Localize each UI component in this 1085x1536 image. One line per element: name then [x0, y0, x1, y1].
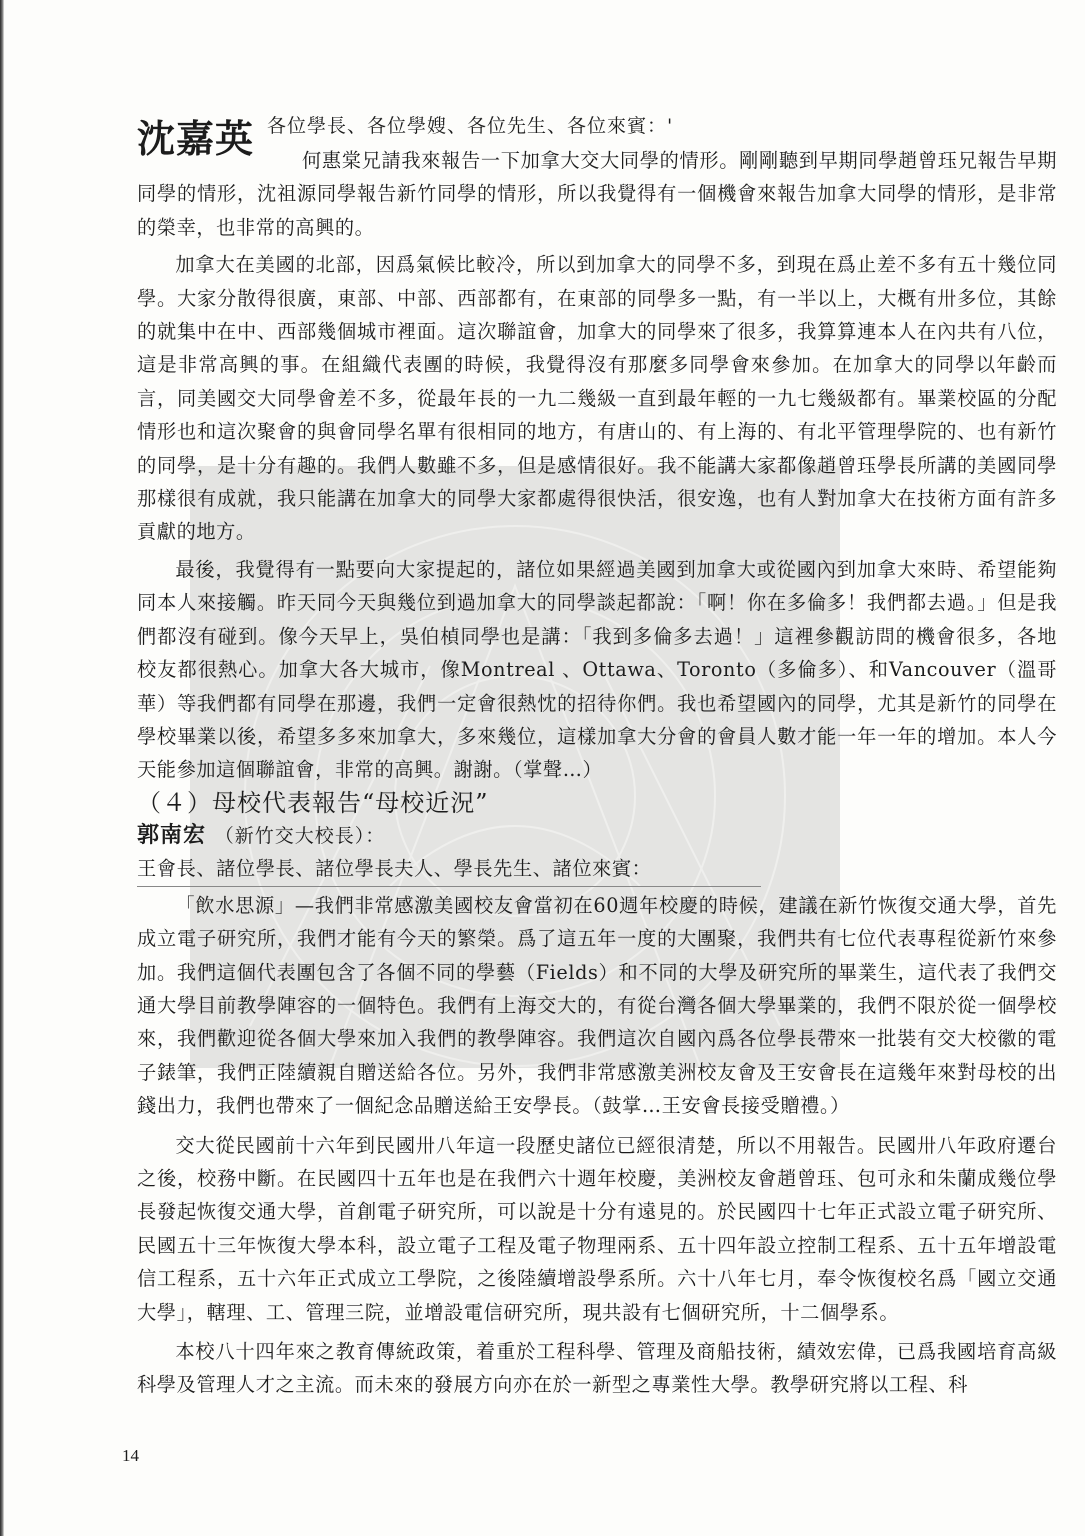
- paragraph: 最後，我覺得有一點要向大家提起的，諸位如果經過美國到加拿大或從國內到加拿大來時、…: [137, 553, 1057, 787]
- paragraph: 加拿大在美國的北部，因爲氣候比較冷，所以到加拿大的同學不多，到現在爲止差不多有五…: [137, 248, 1057, 549]
- page-binding-edge: [0, 0, 4, 1536]
- paragraph: 本校八十四年來之教育傳統政策，着重於工程科學、管理及商船技術，績效宏偉，已爲我國…: [137, 1335, 1057, 1402]
- speech-shen-jiaying: 沈嘉英 各位學長、各位學嫂、各位先生、各位來賓：' 何惠棠兄請我來報告一下加拿大…: [137, 110, 1057, 787]
- page-number: 14: [122, 1446, 139, 1466]
- speaker-name: 郭南宏: [137, 822, 206, 848]
- document-page: 沈嘉英 各位學長、各位學嫂、各位先生、各位來賓：' 何惠棠兄請我來報告一下加拿大…: [137, 110, 1057, 1402]
- speech-greeting: 各位學長、各位學嫂、各位先生、各位來賓：': [267, 110, 1057, 140]
- speech-greeting: 王會長、諸位學長、諸位學長夫人、學長先生、諸位來賓：: [137, 852, 761, 887]
- speech-guo-nanhong: 郭南宏 （新竹交大校長）： 王會長、諸位學長、諸位學長夫人、學長先生、諸位來賓：…: [137, 819, 1057, 1402]
- speaker-name: 沈嘉英: [137, 120, 254, 158]
- section-heading: （４）母校代表報告“母校近況”: [137, 787, 1057, 819]
- speaker-role: （新竹交大校長）：: [215, 825, 386, 847]
- speaker-line: 郭南宏 （新竹交大校長）：: [137, 819, 1057, 852]
- paragraph: 何惠棠兄請我來報告一下加拿大交大同學的情形。剛剛聽到早期同學趙曾珏兄報告早期同學…: [137, 144, 1057, 244]
- paragraph: 「飲水思源」—我們非常感激美國校友會當初在60週年校慶的時候，建議在新竹恢復交通…: [137, 889, 1057, 1123]
- paragraph: 交大從民國前十六年到民國卅八年這一段歷史諸位已經很清楚，所以不用報告。民國卅八年…: [137, 1129, 1057, 1329]
